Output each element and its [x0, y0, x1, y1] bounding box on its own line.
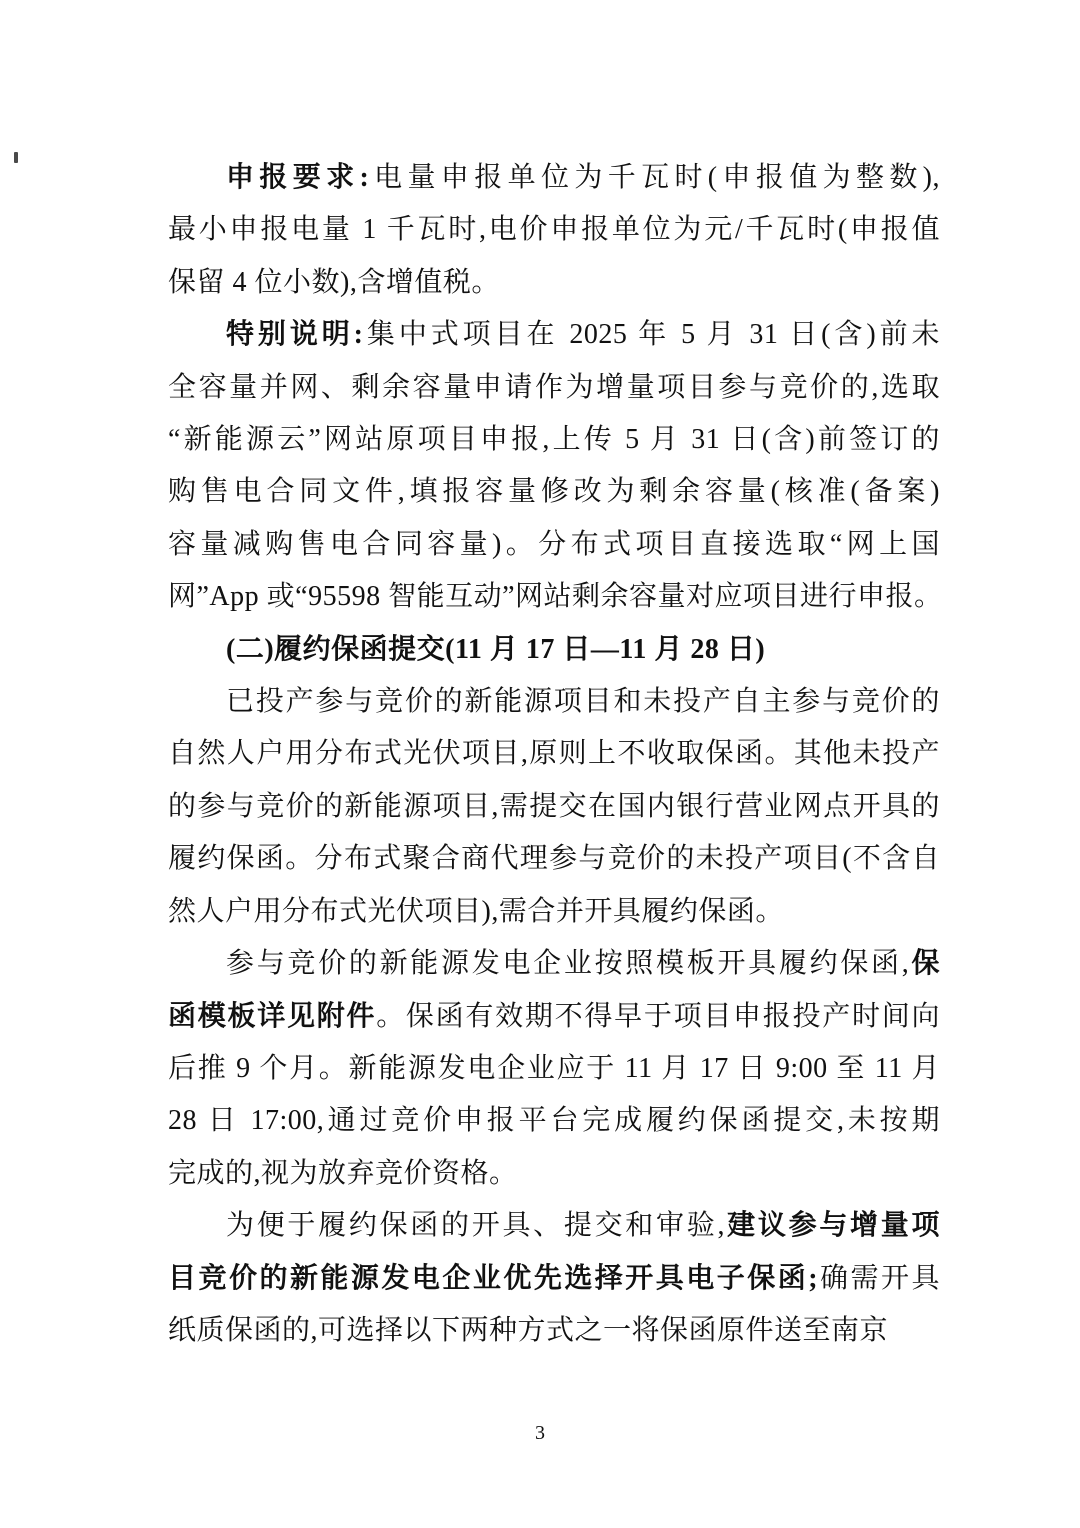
body-text: 28 日 17:00,通过竞价申报平台完成履约保函提交,未按期	[168, 1105, 940, 1136]
emphasized-text: 目竞价的新能源发电企业优先选择开具电子保函;	[168, 1263, 818, 1294]
body-text: 然人户用分布式光伏项目),需合并开具履约保函。	[168, 896, 784, 927]
body-text: 全容量并网、剩余容量申请作为增量项目参与竞价的,选取	[168, 372, 940, 403]
body-text: 最小申报电量 1 千瓦时,电价申报单位为元/千瓦时(申报值	[168, 214, 940, 245]
text-line: 特别说明:集中式项目在 2025 年 5 月 31 日(含)前未	[168, 309, 940, 361]
text-line: 保留 4 位小数),含增值税。	[168, 257, 940, 309]
emphasized-text: 保	[909, 948, 940, 979]
body-text: 网”App 或“95598 智能互动”网站剩余容量对应项目进行申报。	[168, 581, 943, 612]
text-line: “新能源云”网站原项目申报,上传 5 月 31 日(含)前签订的	[168, 414, 940, 466]
text-line: 目竞价的新能源发电企业优先选择开具电子保函;确需开具	[168, 1253, 940, 1305]
body-text: “新能源云”网站原项目申报,上传 5 月 31 日(含)前签订的	[168, 424, 940, 455]
emphasized-text: 特别说明:	[226, 319, 364, 350]
body-text: 自然人户用分布式光伏项目,原则上不收取保函。其他未投产	[168, 738, 940, 769]
body-text: 纸质保函的,可选择以下两种方式之一将保函原件送至南京	[168, 1315, 888, 1346]
text-line: 纸质保函的,可选择以下两种方式之一将保函原件送至南京	[168, 1305, 940, 1357]
emphasized-text: 函模板详见附件	[168, 1001, 376, 1032]
text-line: 容量减购售电合同容量)。分布式项目直接选取“网上国	[168, 519, 940, 571]
body-text: 已投产参与竞价的新能源项目和未投产自主参与竞价的	[226, 686, 940, 717]
body-text: 集中式项目在 2025 年 5 月 31 日(含)前未	[364, 319, 941, 350]
text-line: 的参与竞价的新能源项目,需提交在国内银行营业网点开具的	[168, 781, 940, 833]
section-heading: (二)履约保函提交(11 月 17 日—11 月 28 日)	[168, 624, 940, 676]
text-line: 申报要求:电量申报单位为千瓦时(申报值为整数),	[168, 152, 940, 204]
body-text: 电量申报单位为千瓦时(申报值为整数),	[369, 162, 940, 193]
text-line: 然人户用分布式光伏项目),需合并开具履约保函。	[168, 886, 940, 938]
document-page: 申报要求:电量申报单位为千瓦时(申报值为整数),最小申报电量 1 千瓦时,电价申…	[0, 0, 1080, 1528]
text-line: 购售电合同文件,填报容量修改为剩余容量(核准(备案)	[168, 466, 940, 518]
text-line: 参与竞价的新能源发电企业按照模板开具履约保函,保	[168, 938, 940, 990]
text-line: 履约保函。分布式聚合商代理参与竞价的未投产项目(不含自	[168, 833, 940, 885]
body-text: 的参与竞价的新能源项目,需提交在国内银行营业网点开具的	[168, 791, 940, 822]
body-text: 履约保函。分布式聚合商代理参与竞价的未投产项目(不含自	[168, 843, 940, 874]
page-number: 3	[0, 1422, 1080, 1445]
body-text: 保留 4 位小数),含增值税。	[168, 267, 500, 298]
scan-artifact-speck	[14, 152, 18, 163]
text-line: 全容量并网、剩余容量申请作为增量项目参与竞价的,选取	[168, 362, 940, 414]
emphasized-text: 建议参与增量项	[725, 1210, 940, 1241]
text-line: 函模板详见附件。保函有效期不得早于项目申报投产时间向	[168, 991, 940, 1043]
text-line: 后推 9 个月。新能源发电企业应于 11 月 17 日 9:00 至 11 月	[168, 1043, 940, 1095]
body-text: 容量减购售电合同容量)。分布式项目直接选取“网上国	[168, 529, 940, 560]
body-text: 。保函有效期不得早于项目申报投产时间向	[376, 1001, 940, 1032]
body-text: 为便于履约保函的开具、提交和审验,	[226, 1210, 725, 1241]
body-text: 购售电合同文件,填报容量修改为剩余容量(核准(备案)	[168, 476, 940, 507]
text-line: 为便于履约保函的开具、提交和审验,建议参与增量项	[168, 1200, 940, 1252]
text-line: 自然人户用分布式光伏项目,原则上不收取保函。其他未投产	[168, 728, 940, 780]
text-line: 已投产参与竞价的新能源项目和未投产自主参与竞价的	[168, 676, 940, 728]
text-line: 最小申报电量 1 千瓦时,电价申报单位为元/千瓦时(申报值	[168, 204, 940, 256]
body-text: 参与竞价的新能源发电企业按照模板开具履约保函,	[226, 948, 909, 979]
emphasized-text: (二)履约保函提交(11 月 17 日—11 月 28 日)	[226, 634, 765, 665]
body-text: 后推 9 个月。新能源发电企业应于 11 月 17 日 9:00 至 11 月	[168, 1053, 940, 1084]
text-line: 网”App 或“95598 智能互动”网站剩余容量对应项目进行申报。	[168, 571, 940, 623]
body-text: 确需开具	[818, 1263, 940, 1294]
text-block: 申报要求:电量申报单位为千瓦时(申报值为整数),最小申报电量 1 千瓦时,电价申…	[168, 152, 940, 1357]
emphasized-text: 申报要求:	[226, 162, 369, 193]
text-line: 28 日 17:00,通过竞价申报平台完成履约保函提交,未按期	[168, 1095, 940, 1147]
body-text: 完成的,视为放弃竞价资格。	[168, 1158, 518, 1189]
text-line: 完成的,视为放弃竞价资格。	[168, 1148, 940, 1200]
